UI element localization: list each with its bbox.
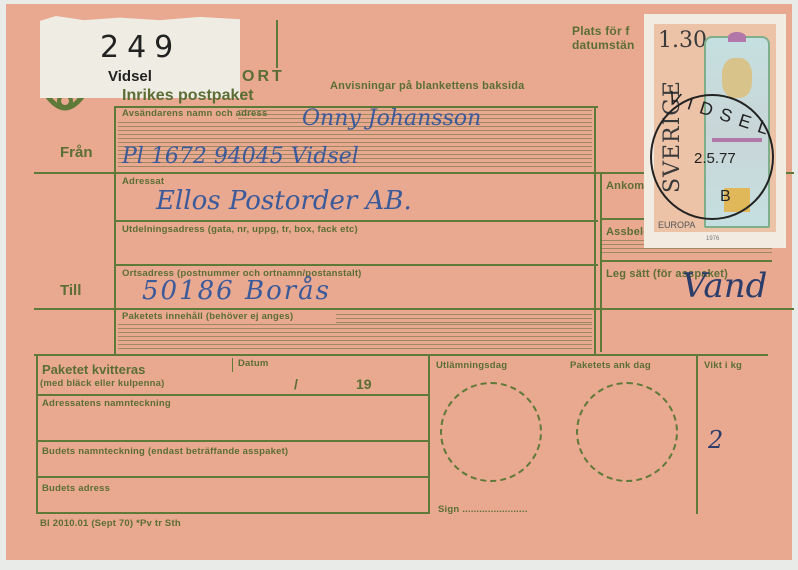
weight-label: Vikt i kg — [704, 360, 742, 371]
courier-signature-label: Budets namnteckning (endast beträffande … — [42, 446, 288, 457]
divider — [114, 264, 598, 266]
form-subtitle: Inrikes postpaket — [122, 87, 254, 105]
divider — [114, 106, 116, 354]
sender-name-value: Onny Johansson — [302, 106, 481, 131]
stamp-value: 1.30 — [658, 28, 707, 53]
arrival-day-stamp-circle — [576, 382, 678, 482]
stamp-series: EUROPA — [658, 220, 695, 230]
divider — [276, 20, 278, 68]
instructions-text: Anvisningar på blankettens baksida — [330, 80, 524, 92]
divider — [36, 394, 430, 396]
divider — [232, 358, 233, 372]
date-year[interactable]: 19 — [356, 376, 372, 392]
delivery-address-label: Utdelningsadress (gata, nr, uppg, tr, bo… — [122, 224, 358, 235]
parcel-number: 249 — [100, 30, 181, 65]
method-value[interactable]: Vand — [682, 266, 767, 306]
divider — [114, 220, 598, 222]
office-label-sticker: 249 Vidsel — [40, 16, 240, 98]
receipt-subtitle: (med bläck eller kulpenna) — [40, 378, 165, 389]
divider — [696, 356, 698, 514]
courier-address-label: Budets adress — [42, 483, 110, 494]
addressee-value[interactable]: Ellos Postorder AB. — [156, 186, 412, 216]
office-name: Vidsel — [108, 68, 152, 85]
divider — [602, 308, 772, 309]
sender-address-value: Pl 1672 94045 Vidsel — [122, 144, 359, 169]
sender-label: Avsändarens namn och adress — [122, 108, 268, 119]
divider — [600, 218, 650, 220]
dotted-fill — [118, 324, 592, 352]
postmark-date: 2.5.77 — [694, 150, 736, 167]
divider — [36, 440, 430, 442]
sign-line: Sign ....................... — [438, 504, 528, 515]
delivery-day-label: Utlämningsdag — [436, 360, 507, 371]
stamp-year: 1976 — [706, 236, 719, 242]
postmark-circle: VIDSEL 2.5.77 B — [650, 94, 774, 220]
parcel-card: 249 Vidsel ORT Inrikes postpaket Anvisni… — [6, 4, 792, 560]
divider — [36, 512, 430, 514]
weight-value[interactable]: 2 — [708, 426, 723, 454]
divider — [428, 354, 430, 514]
divider — [36, 476, 430, 478]
date-stamp-place-1: Plats för f — [572, 24, 630, 38]
local-address-value[interactable]: 50186 Borås — [142, 276, 331, 306]
date-stamp-place-2: datumstän — [572, 38, 634, 52]
from-label: Från — [60, 144, 93, 161]
divider — [34, 354, 768, 356]
form-code: Bl 2010.01 (Sept 70) *Pv tr Sth — [40, 518, 181, 529]
dotted-fill — [336, 314, 592, 324]
divider — [36, 354, 38, 514]
contents-label: Paketets innehåll (behöver ej anges) — [122, 311, 293, 322]
divider — [594, 106, 596, 354]
postmark-suffix: B — [720, 188, 731, 206]
divider — [600, 172, 602, 352]
form-title: ORT — [242, 68, 285, 86]
recipient-signature-label: Adressatens namnteckning — [42, 398, 171, 409]
date-slash: / — [294, 376, 298, 392]
divider — [600, 260, 772, 262]
delivery-day-stamp-circle — [440, 382, 542, 482]
to-label: Till — [60, 282, 81, 299]
arrival-day-label: Paketets ank dag — [570, 360, 651, 371]
receipt-title: Paketet kvitteras — [42, 362, 145, 377]
date-label: Datum — [238, 358, 269, 369]
